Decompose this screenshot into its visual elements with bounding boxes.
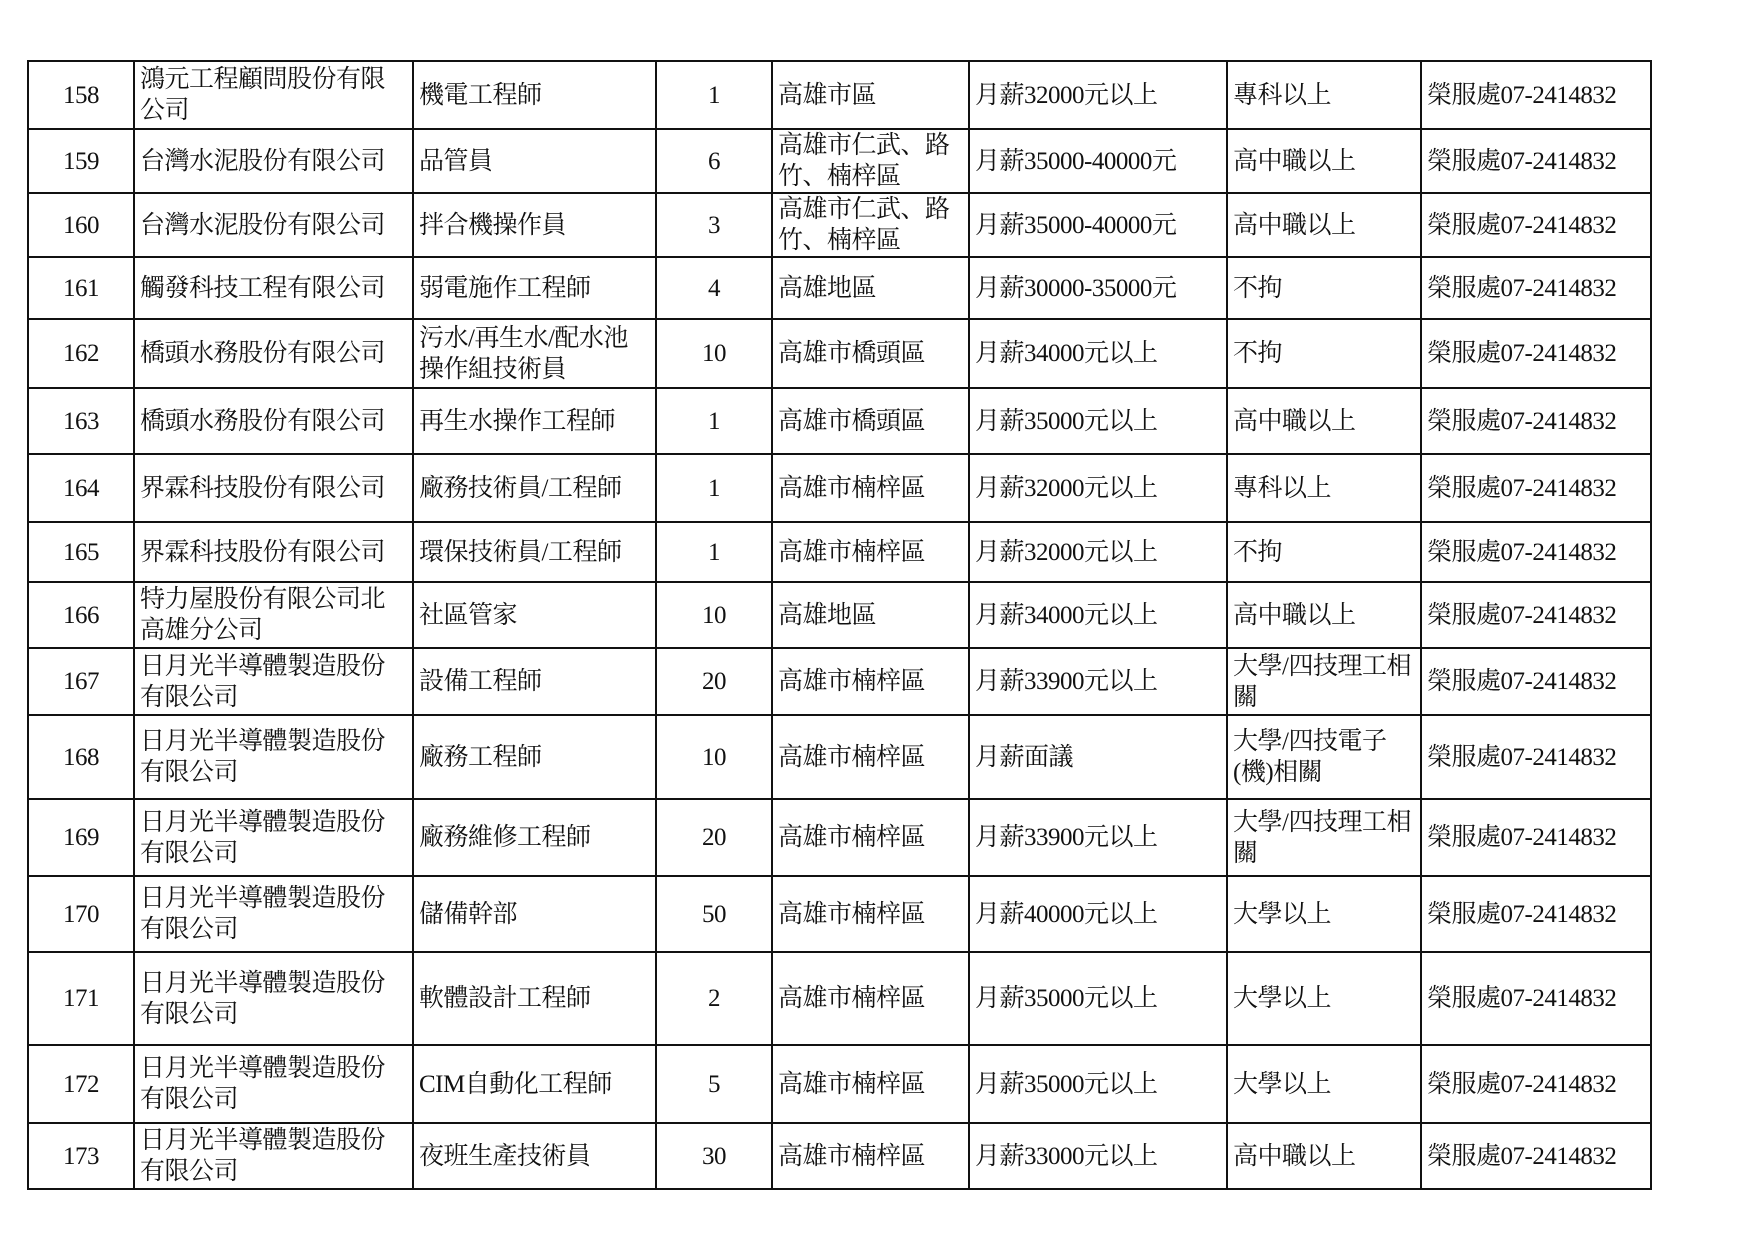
cell-position: CIM自動化工程師 xyxy=(413,1045,656,1123)
cell-salary: 月薪33900元以上 xyxy=(969,799,1227,876)
cell-contact: 榮服處07-2414832 xyxy=(1421,61,1651,129)
cell-number: 169 xyxy=(28,799,134,876)
cell-company: 日月光半導體製造股份有限公司 xyxy=(134,715,413,799)
job-listings-table: 158 鴻元工程顧問股份有限公司 機電工程師 1 高雄市區 月薪32000元以上… xyxy=(27,60,1652,1190)
cell-contact: 榮服處07-2414832 xyxy=(1421,522,1651,582)
cell-position: 廠務維修工程師 xyxy=(413,799,656,876)
cell-education: 大學以上 xyxy=(1227,1045,1421,1123)
table-row: 173 日月光半導體製造股份有限公司 夜班生產技術員 30 高雄市楠梓區 月薪3… xyxy=(28,1123,1651,1189)
cell-salary: 月薪35000元以上 xyxy=(969,388,1227,454)
cell-headcount: 1 xyxy=(656,454,772,522)
table-row: 158 鴻元工程顧問股份有限公司 機電工程師 1 高雄市區 月薪32000元以上… xyxy=(28,61,1651,129)
cell-headcount: 1 xyxy=(656,522,772,582)
cell-location: 高雄市楠梓區 xyxy=(772,876,969,952)
cell-salary: 月薪34000元以上 xyxy=(969,319,1227,388)
cell-location: 高雄市橋頭區 xyxy=(772,319,969,388)
cell-number: 171 xyxy=(28,952,134,1045)
cell-position: 社區管家 xyxy=(413,582,656,648)
cell-location: 高雄市仁武、路竹、楠梓區 xyxy=(772,129,969,193)
cell-salary: 月薪33000元以上 xyxy=(969,1123,1227,1189)
cell-contact: 榮服處07-2414832 xyxy=(1421,1123,1651,1189)
table-row: 170 日月光半導體製造股份有限公司 儲備幹部 50 高雄市楠梓區 月薪4000… xyxy=(28,876,1651,952)
table-body: 158 鴻元工程顧問股份有限公司 機電工程師 1 高雄市區 月薪32000元以上… xyxy=(28,61,1651,1189)
cell-number: 170 xyxy=(28,876,134,952)
cell-salary: 月薪40000元以上 xyxy=(969,876,1227,952)
cell-number: 159 xyxy=(28,129,134,193)
cell-location: 高雄地區 xyxy=(772,582,969,648)
cell-position: 再生水操作工程師 xyxy=(413,388,656,454)
cell-contact: 榮服處07-2414832 xyxy=(1421,193,1651,257)
table-row: 166 特力屋股份有限公司北高雄分公司 社區管家 10 高雄地區 月薪34000… xyxy=(28,582,1651,648)
cell-contact: 榮服處07-2414832 xyxy=(1421,129,1651,193)
cell-headcount: 1 xyxy=(656,61,772,129)
table-row: 159 台灣水泥股份有限公司 品管員 6 高雄市仁武、路竹、楠梓區 月薪3500… xyxy=(28,129,1651,193)
cell-contact: 榮服處07-2414832 xyxy=(1421,715,1651,799)
cell-position: 品管員 xyxy=(413,129,656,193)
cell-education: 不拘 xyxy=(1227,319,1421,388)
cell-headcount: 1 xyxy=(656,388,772,454)
table-row: 165 界霖科技股份有限公司 環保技術員/工程師 1 高雄市楠梓區 月薪3200… xyxy=(28,522,1651,582)
cell-education: 大學以上 xyxy=(1227,952,1421,1045)
cell-position: 廠務工程師 xyxy=(413,715,656,799)
cell-headcount: 50 xyxy=(656,876,772,952)
cell-headcount: 2 xyxy=(656,952,772,1045)
table-row: 172 日月光半導體製造股份有限公司 CIM自動化工程師 5 高雄市楠梓區 月薪… xyxy=(28,1045,1651,1123)
cell-salary: 月薪35000-40000元 xyxy=(969,129,1227,193)
cell-headcount: 5 xyxy=(656,1045,772,1123)
cell-company: 日月光半導體製造股份有限公司 xyxy=(134,799,413,876)
cell-headcount: 4 xyxy=(656,257,772,319)
table-row: 164 界霖科技股份有限公司 廠務技術員/工程師 1 高雄市楠梓區 月薪3200… xyxy=(28,454,1651,522)
cell-number: 162 xyxy=(28,319,134,388)
cell-position: 軟體設計工程師 xyxy=(413,952,656,1045)
cell-location: 高雄市楠梓區 xyxy=(772,715,969,799)
cell-salary: 月薪34000元以上 xyxy=(969,582,1227,648)
cell-education: 專科以上 xyxy=(1227,454,1421,522)
cell-contact: 榮服處07-2414832 xyxy=(1421,257,1651,319)
table-row: 163 橋頭水務股份有限公司 再生水操作工程師 1 高雄市橋頭區 月薪35000… xyxy=(28,388,1651,454)
cell-contact: 榮服處07-2414832 xyxy=(1421,799,1651,876)
cell-position: 設備工程師 xyxy=(413,648,656,715)
cell-education: 大學/四技理工相關 xyxy=(1227,799,1421,876)
cell-contact: 榮服處07-2414832 xyxy=(1421,876,1651,952)
cell-location: 高雄市楠梓區 xyxy=(772,522,969,582)
table-row: 161 觸發科技工程有限公司 弱電施作工程師 4 高雄地區 月薪30000-35… xyxy=(28,257,1651,319)
cell-salary: 月薪32000元以上 xyxy=(969,454,1227,522)
cell-company: 日月光半導體製造股份有限公司 xyxy=(134,1045,413,1123)
cell-education: 高中職以上 xyxy=(1227,582,1421,648)
cell-company: 日月光半導體製造股份有限公司 xyxy=(134,1123,413,1189)
cell-number: 158 xyxy=(28,61,134,129)
cell-company: 台灣水泥股份有限公司 xyxy=(134,193,413,257)
cell-education: 大學/四技理工相關 xyxy=(1227,648,1421,715)
cell-location: 高雄市橋頭區 xyxy=(772,388,969,454)
cell-position: 夜班生產技術員 xyxy=(413,1123,656,1189)
cell-location: 高雄地區 xyxy=(772,257,969,319)
cell-headcount: 30 xyxy=(656,1123,772,1189)
cell-education: 不拘 xyxy=(1227,522,1421,582)
cell-headcount: 10 xyxy=(656,715,772,799)
cell-number: 168 xyxy=(28,715,134,799)
cell-education: 大學/四技電子(機)相關 xyxy=(1227,715,1421,799)
cell-headcount: 10 xyxy=(656,582,772,648)
cell-location: 高雄市楠梓區 xyxy=(772,648,969,715)
cell-location: 高雄市楠梓區 xyxy=(772,952,969,1045)
cell-location: 高雄市楠梓區 xyxy=(772,799,969,876)
table-row: 160 台灣水泥股份有限公司 拌合機操作員 3 高雄市仁武、路竹、楠梓區 月薪3… xyxy=(28,193,1651,257)
cell-salary: 月薪35000-40000元 xyxy=(969,193,1227,257)
cell-contact: 榮服處07-2414832 xyxy=(1421,319,1651,388)
cell-number: 165 xyxy=(28,522,134,582)
cell-contact: 榮服處07-2414832 xyxy=(1421,582,1651,648)
cell-company: 日月光半導體製造股份有限公司 xyxy=(134,648,413,715)
cell-company: 橋頭水務股份有限公司 xyxy=(134,319,413,388)
cell-number: 173 xyxy=(28,1123,134,1189)
cell-education: 高中職以上 xyxy=(1227,193,1421,257)
cell-company: 特力屋股份有限公司北高雄分公司 xyxy=(134,582,413,648)
cell-salary: 月薪35000元以上 xyxy=(969,952,1227,1045)
cell-number: 160 xyxy=(28,193,134,257)
cell-headcount: 20 xyxy=(656,648,772,715)
cell-salary: 月薪32000元以上 xyxy=(969,522,1227,582)
cell-contact: 榮服處07-2414832 xyxy=(1421,454,1651,522)
cell-location: 高雄市楠梓區 xyxy=(772,1045,969,1123)
table-row: 162 橋頭水務股份有限公司 污水/再生水/配水池操作組技術員 10 高雄市橋頭… xyxy=(28,319,1651,388)
cell-company: 台灣水泥股份有限公司 xyxy=(134,129,413,193)
cell-company: 鴻元工程顧問股份有限公司 xyxy=(134,61,413,129)
cell-position: 廠務技術員/工程師 xyxy=(413,454,656,522)
cell-salary: 月薪32000元以上 xyxy=(969,61,1227,129)
cell-location: 高雄市楠梓區 xyxy=(772,1123,969,1189)
cell-education: 高中職以上 xyxy=(1227,388,1421,454)
cell-number: 163 xyxy=(28,388,134,454)
cell-position: 污水/再生水/配水池操作組技術員 xyxy=(413,319,656,388)
cell-contact: 榮服處07-2414832 xyxy=(1421,1045,1651,1123)
cell-education: 不拘 xyxy=(1227,257,1421,319)
cell-contact: 榮服處07-2414832 xyxy=(1421,388,1651,454)
table-row: 171 日月光半導體製造股份有限公司 軟體設計工程師 2 高雄市楠梓區 月薪35… xyxy=(28,952,1651,1045)
cell-company: 界霖科技股份有限公司 xyxy=(134,522,413,582)
cell-company: 觸發科技工程有限公司 xyxy=(134,257,413,319)
cell-company: 界霖科技股份有限公司 xyxy=(134,454,413,522)
cell-headcount: 20 xyxy=(656,799,772,876)
cell-location: 高雄市區 xyxy=(772,61,969,129)
cell-salary: 月薪面議 xyxy=(969,715,1227,799)
cell-education: 大學以上 xyxy=(1227,876,1421,952)
cell-company: 日月光半導體製造股份有限公司 xyxy=(134,952,413,1045)
cell-number: 164 xyxy=(28,454,134,522)
cell-location: 高雄市楠梓區 xyxy=(772,454,969,522)
cell-position: 儲備幹部 xyxy=(413,876,656,952)
cell-number: 166 xyxy=(28,582,134,648)
cell-education: 高中職以上 xyxy=(1227,1123,1421,1189)
cell-headcount: 6 xyxy=(656,129,772,193)
cell-company: 日月光半導體製造股份有限公司 xyxy=(134,876,413,952)
cell-position: 弱電施作工程師 xyxy=(413,257,656,319)
cell-contact: 榮服處07-2414832 xyxy=(1421,952,1651,1045)
table-row: 168 日月光半導體製造股份有限公司 廠務工程師 10 高雄市楠梓區 月薪面議 … xyxy=(28,715,1651,799)
cell-position: 環保技術員/工程師 xyxy=(413,522,656,582)
cell-headcount: 10 xyxy=(656,319,772,388)
cell-position: 機電工程師 xyxy=(413,61,656,129)
cell-salary: 月薪33900元以上 xyxy=(969,648,1227,715)
cell-number: 167 xyxy=(28,648,134,715)
cell-number: 172 xyxy=(28,1045,134,1123)
cell-position: 拌合機操作員 xyxy=(413,193,656,257)
cell-salary: 月薪35000元以上 xyxy=(969,1045,1227,1123)
cell-number: 161 xyxy=(28,257,134,319)
cell-salary: 月薪30000-35000元 xyxy=(969,257,1227,319)
cell-education: 高中職以上 xyxy=(1227,129,1421,193)
table-row: 167 日月光半導體製造股份有限公司 設備工程師 20 高雄市楠梓區 月薪339… xyxy=(28,648,1651,715)
cell-location: 高雄市仁武、路竹、楠梓區 xyxy=(772,193,969,257)
cell-headcount: 3 xyxy=(656,193,772,257)
table-row: 169 日月光半導體製造股份有限公司 廠務維修工程師 20 高雄市楠梓區 月薪3… xyxy=(28,799,1651,876)
cell-contact: 榮服處07-2414832 xyxy=(1421,648,1651,715)
cell-education: 專科以上 xyxy=(1227,61,1421,129)
cell-company: 橋頭水務股份有限公司 xyxy=(134,388,413,454)
